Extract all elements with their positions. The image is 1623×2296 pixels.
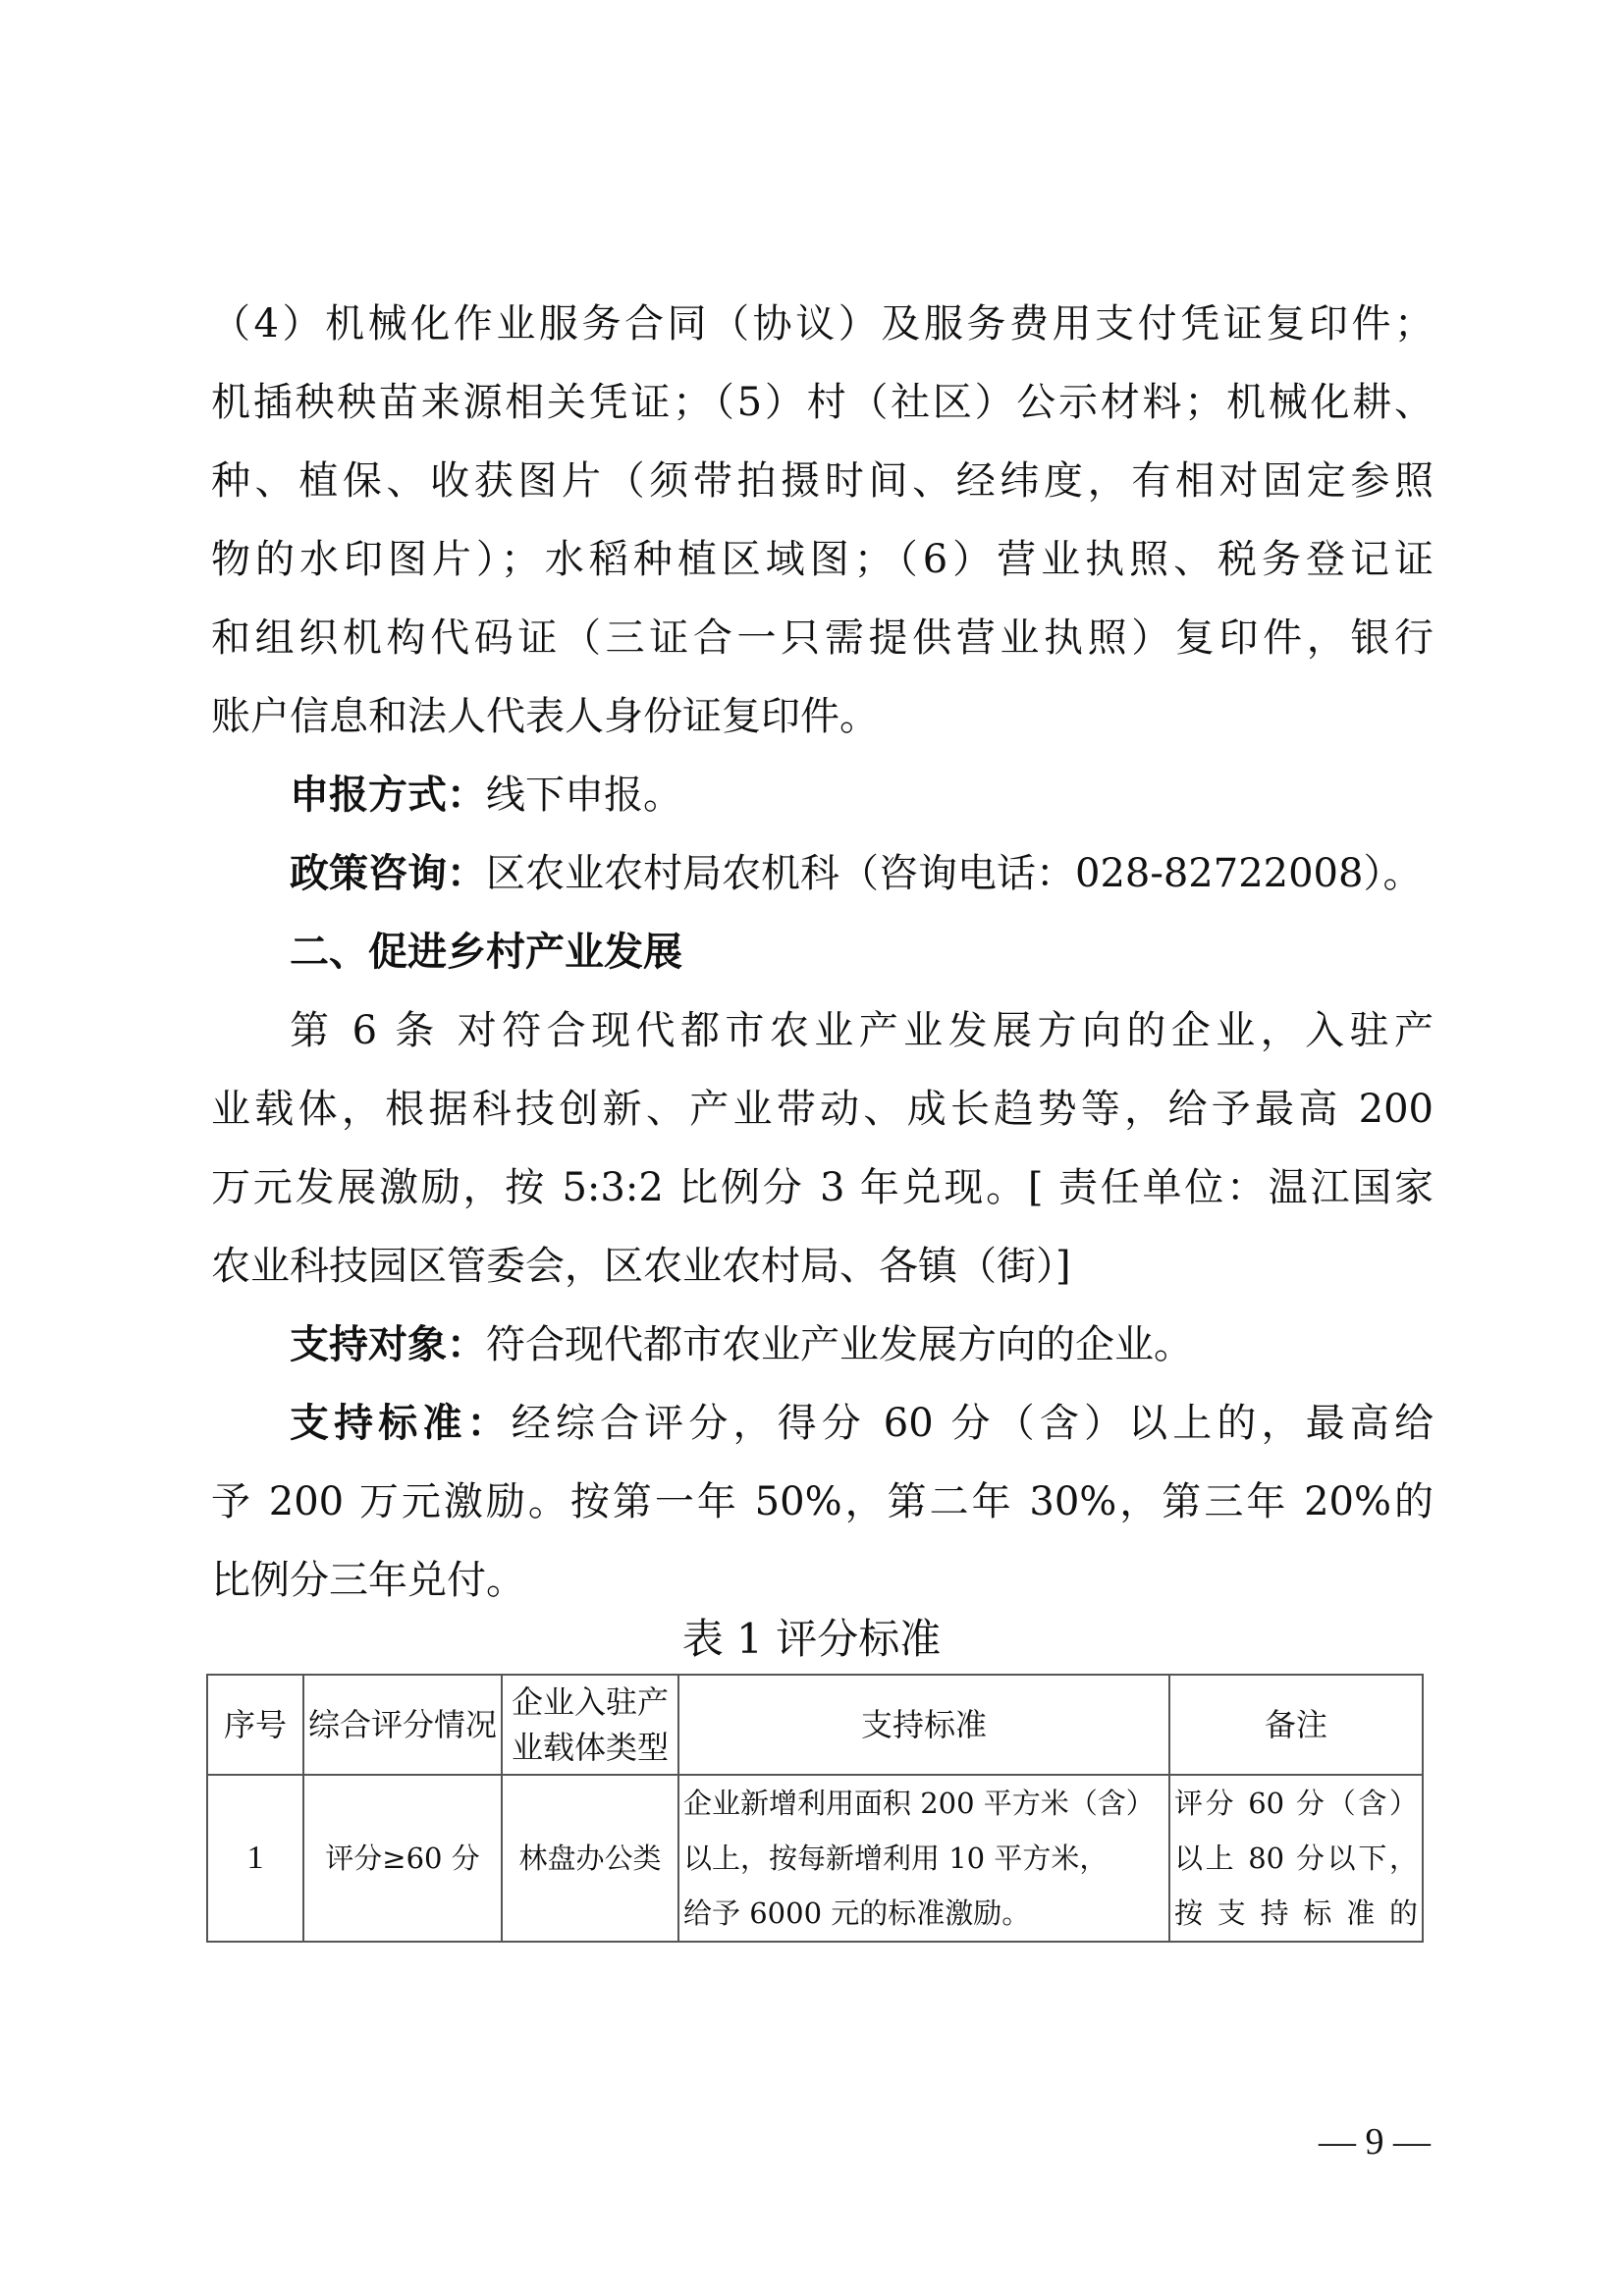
table-row: 1 评分≥60 分 林盘办公类 企业新增利用面积 200 平方米（含） 以上，按… — [207, 1775, 1423, 1942]
cell-index: 1 — [207, 1775, 303, 1942]
document-page: （4）机械化作业服务合同（协议）及服务费用支付凭证复印件； 机插秧秧苗来源相关凭… — [0, 0, 1623, 2296]
body-line: 物的水印图片）；水稻种植区域图；（6）营业执照、税务登记证 — [211, 520, 1434, 599]
support-target: 支持对象：符合现代都市农业产业发展方向的企业。 — [290, 1306, 1434, 1384]
cell-standard-line: 给予 6000 元的标准激励。 — [683, 1886, 1164, 1941]
article-line: 第 6 条 对符合现代都市农业产业发展方向的企业，入驻产 — [290, 991, 1434, 1070]
body-line: 种、植保、收获图片（须带拍摄时间、经纬度，有相对固定参照 — [211, 442, 1434, 520]
cell-notes-line: 按 支 持 标 准 的 — [1174, 1886, 1418, 1941]
body-line: 账户信息和法人代表人身份证复印件。 — [211, 677, 1434, 756]
support-target-value: 符合现代都市农业产业发展方向的企业。 — [486, 1322, 1193, 1367]
support-standard: 支持标准：经综合评分，得分 60 分（含）以上的，最高给 — [290, 1384, 1434, 1463]
header-score: 综合评分情况 — [303, 1675, 502, 1775]
table-header-row: 序号 综合评分情况 企业入驻产 业载体类型 支持标准 备注 — [207, 1675, 1423, 1775]
cell-notes: 评分 60 分（含） 以上 80 分以下， 按 支 持 标 准 的 — [1169, 1775, 1423, 1942]
body-line: （4）机械化作业服务合同（协议）及服务费用支付凭证复印件； — [211, 285, 1434, 363]
header-carrier-type: 企业入驻产 业载体类型 — [502, 1675, 678, 1775]
body-line: 和组织机构代码证（三证合一只需提供营业执照）复印件，银行 — [211, 599, 1434, 677]
policy-consultation: 政策咨询：区农业农村局农机科（咨询电话：028-82722008）。 — [290, 834, 1434, 913]
header-standard: 支持标准 — [678, 1675, 1169, 1775]
application-method-value: 线下申报。 — [486, 773, 682, 818]
cell-score: 评分≥60 分 — [303, 1775, 502, 1942]
header-index: 序号 — [207, 1675, 303, 1775]
section-heading: 二、促进乡村产业发展 — [290, 913, 1434, 991]
article-line: 农业科技园区管委会，区农业农村局、各镇（街）] — [211, 1227, 1434, 1306]
cell-standard: 企业新增利用面积 200 平方米（含） 以上，按每新增利用 10 平方米， 给予… — [678, 1775, 1169, 1942]
cell-standard-line: 企业新增利用面积 200 平方米（含） — [683, 1776, 1164, 1831]
article-line: 万元发展激励，按 5:3:2 比例分 3 年兑现。[ 责任单位：温江国家 — [211, 1148, 1434, 1227]
article-line: 业载体，根据科技创新、产业带动、成长趋势等，给予最高 200 — [211, 1070, 1434, 1148]
header-carrier-type-line: 业载体类型 — [503, 1725, 677, 1770]
table-caption: 表 1 评分标准 — [0, 1610, 1623, 1669]
application-method-label: 申报方式： — [290, 773, 486, 818]
header-notes: 备注 — [1169, 1675, 1423, 1775]
page-number: — 9 — — [1267, 2112, 1483, 2171]
body-line: 机插秧秧苗来源相关凭证；（5）村（社区）公示材料；机械化耕、 — [211, 363, 1434, 442]
support-standard-line: 经综合评分，得分 60 分（含）以上的，最高给 — [512, 1401, 1434, 1446]
cell-carrier-type: 林盘办公类 — [502, 1775, 678, 1942]
header-carrier-type-line: 企业入驻产 — [503, 1680, 677, 1725]
application-method: 申报方式：线下申报。 — [290, 756, 1434, 834]
scoring-table: 序号 综合评分情况 企业入驻产 业载体类型 支持标准 备注 1 评分≥60 分 … — [206, 1674, 1424, 1943]
support-standard-line: 比例分三年兑付。 — [211, 1541, 1434, 1620]
support-target-label: 支持对象： — [290, 1322, 486, 1367]
cell-notes-line: 以上 80 分以下， — [1174, 1831, 1418, 1886]
cell-notes-line: 评分 60 分（含） — [1174, 1776, 1418, 1831]
policy-consultation-value: 区农业农村局农机科（咨询电话：028-82722008）。 — [486, 851, 1422, 896]
support-standard-label: 支持标准： — [290, 1401, 512, 1446]
policy-consultation-label: 政策咨询： — [290, 851, 486, 896]
support-standard-line: 予 200 万元激励。按第一年 50%，第二年 30%，第三年 20%的 — [211, 1463, 1434, 1541]
cell-standard-line: 以上，按每新增利用 10 平方米， — [683, 1831, 1164, 1886]
